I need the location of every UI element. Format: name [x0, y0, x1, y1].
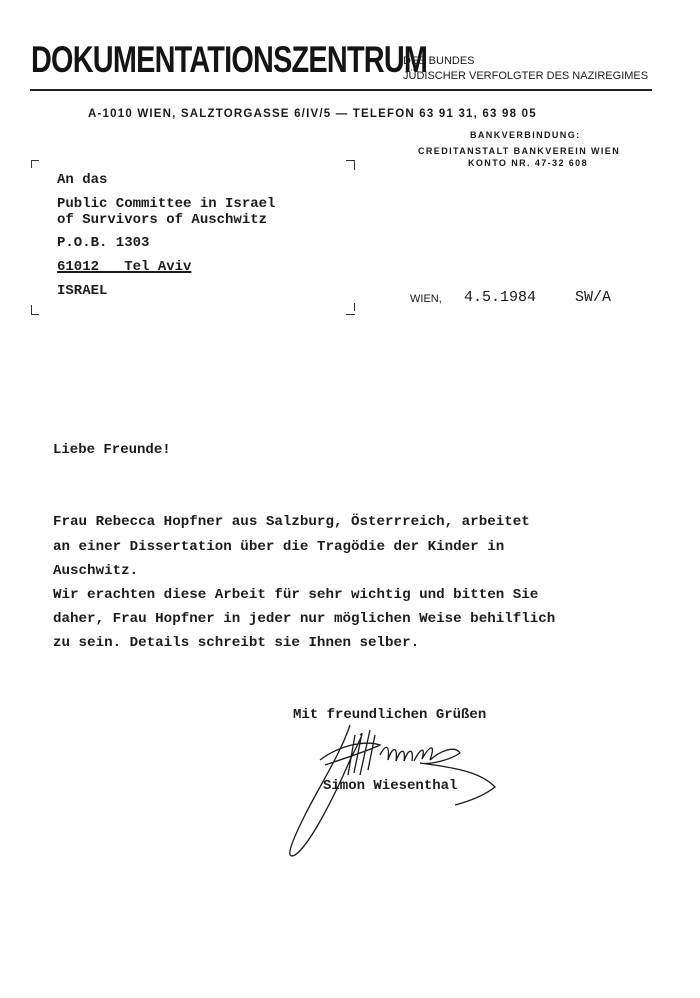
- salutation: Liebe Freunde!: [53, 442, 171, 458]
- organization-logo: DOKUMENTATIONSZENTRUM: [31, 40, 427, 80]
- body-line: Frau Rebecca Hopfner aus Salzburg, Öster…: [53, 514, 530, 530]
- body-line: an einer Dissertation über die Tragödie …: [53, 539, 504, 555]
- bank-name: CREDITANSTALT BANKVEREIN WIEN: [418, 146, 620, 156]
- recipient-line: of Survivors of Auschwitz: [57, 212, 267, 228]
- bank-label: BANKVERBINDUNG:: [470, 130, 581, 140]
- letterhead-subtitle-2: JÜDISCHER VERFOLGTER DES NAZIREGIMES: [403, 70, 648, 82]
- letterhead-subtitle-1: DES BUNDES: [403, 55, 475, 67]
- signatory-name: Simon Wiesenthal: [323, 778, 457, 794]
- body-line: zu sein. Details schreibt sie Ihnen selb…: [53, 635, 419, 651]
- letter-date: 4.5.1984: [464, 289, 536, 306]
- recipient-city: 61012 Tel Aviv: [57, 259, 191, 275]
- body-line: Auschwitz.: [53, 563, 138, 579]
- body-line: daher, Frau Hopfner in jeder nur möglich…: [53, 611, 555, 627]
- letterhead-divider: [30, 89, 652, 91]
- recipient-country: ISRAEL: [57, 283, 107, 299]
- letter-page: DOKUMENTATIONSZENTRUM DES BUNDES JÜDISCH…: [0, 0, 700, 998]
- body-line: Wir erachten diese Arbeit für sehr wicht…: [53, 587, 538, 603]
- recipient-line: An das: [57, 172, 107, 188]
- reference-code: SW/A: [575, 289, 611, 306]
- recipient-line: P.O.B. 1303: [57, 235, 149, 251]
- recipient-line: Public Committee in Israel: [57, 196, 275, 212]
- bank-account: KONTO NR. 47-32 608: [468, 158, 588, 168]
- sender-address: A-1010 WIEN, SALZTORGASSE 6/IV/5 — TELEF…: [88, 108, 537, 120]
- place-label: WIEN,: [410, 293, 442, 305]
